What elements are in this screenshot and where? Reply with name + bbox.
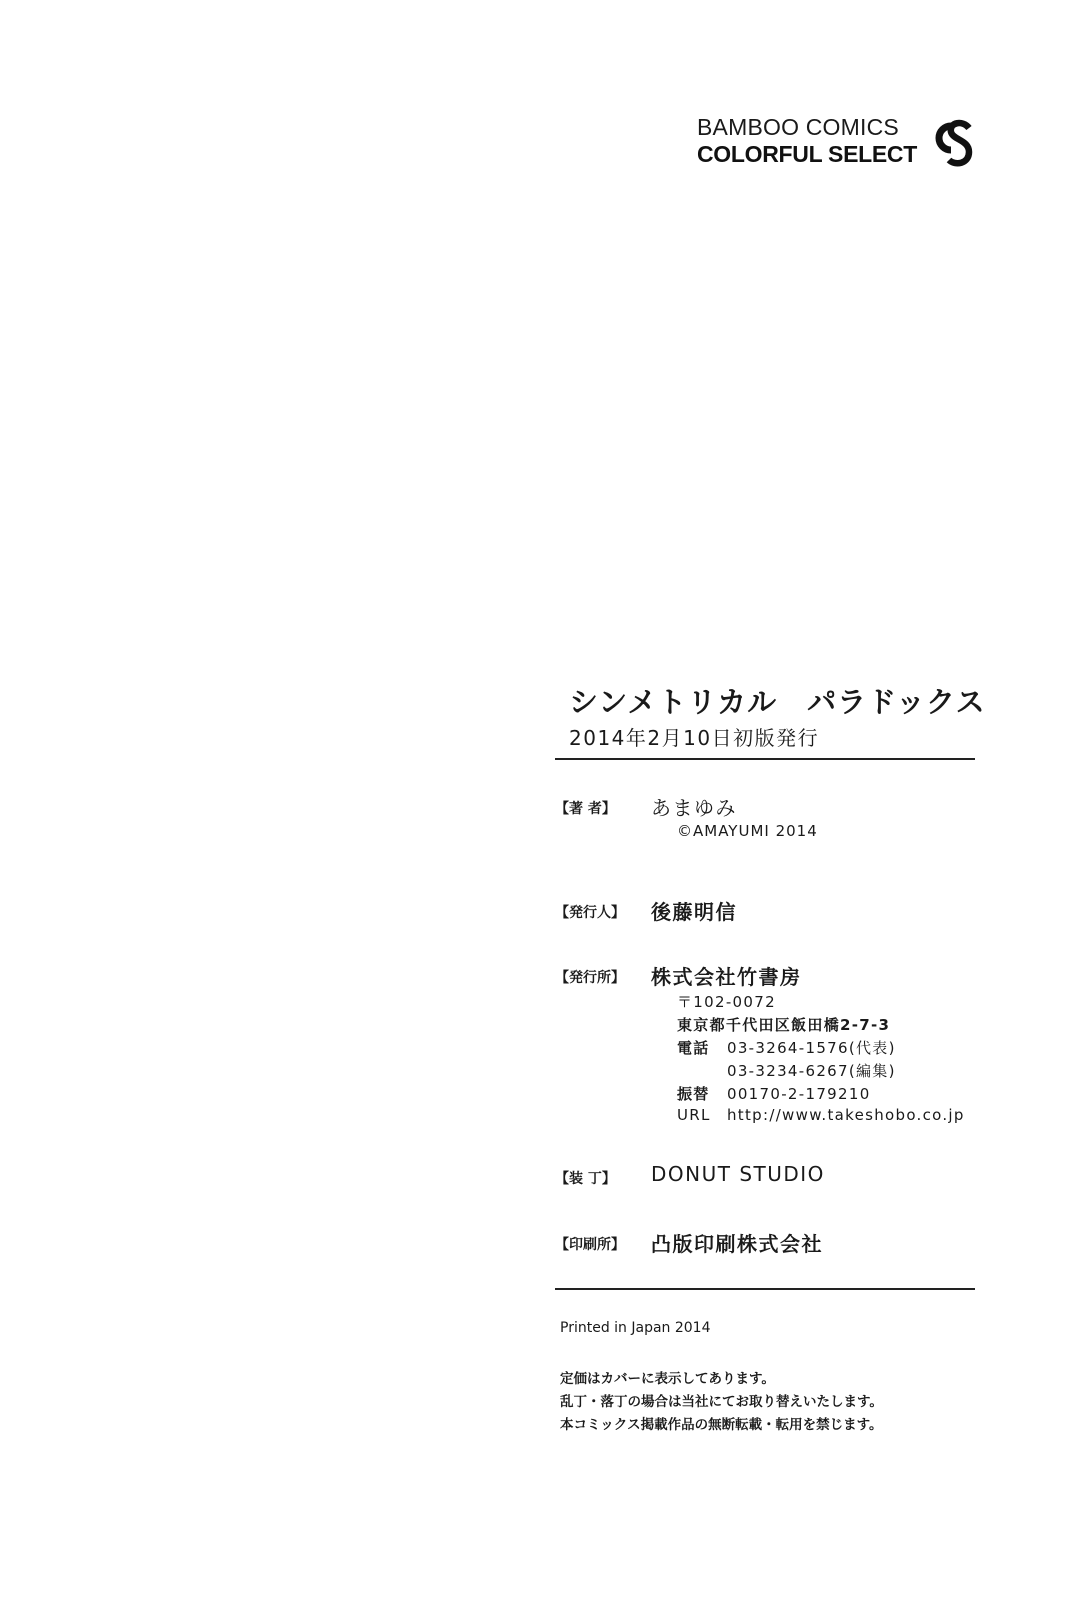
- divider-top: [555, 758, 975, 760]
- transfer-label: 振替: [677, 1083, 727, 1104]
- note-copyright: 本コミックス掲載作品の無断転載・転用を禁じます。: [560, 1413, 883, 1433]
- printer-label: 【印刷所】: [555, 1234, 625, 1254]
- publisher-address: 東京都千代田区飯田橋2-7-3: [677, 1014, 890, 1035]
- publisher-phone-row: 電話03-3264-1576(代表): [677, 1037, 896, 1058]
- printed-in-japan: Printed in Japan 2014: [560, 1320, 711, 1336]
- publisher-label: 【発行所】: [555, 967, 625, 987]
- author-copyright: ©AMAYUMI 2014: [677, 822, 818, 840]
- phone-edit: 03-3234-6267(編集): [727, 1062, 896, 1080]
- logo-line-bamboo-comics: BAMBOO COMICS: [697, 114, 899, 141]
- book-title: シンメトリカル パラドックス: [569, 680, 986, 721]
- phone-main: 03-3264-1576(代表): [727, 1039, 896, 1057]
- design-label: 【装 丁】: [555, 1168, 616, 1188]
- phone-label: 電話: [677, 1037, 727, 1058]
- cs-logo-mark-icon: [927, 116, 973, 168]
- logo-line-colorful-select: COLORFUL SELECT: [697, 141, 917, 168]
- publisher-postal-code: 〒102-0072: [677, 991, 776, 1012]
- url-label: URL: [677, 1106, 727, 1124]
- note-replacement: 乱丁・落丁の場合は当社にてお取り替えいたします。: [560, 1390, 883, 1410]
- publisher-name: 株式会社竹書房: [651, 961, 802, 990]
- publisher-phone-edit-row: 03-3234-6267(編集): [677, 1060, 896, 1081]
- publication-date: 2014年2月10日初版発行: [569, 722, 819, 751]
- divider-bottom: [555, 1288, 975, 1290]
- author-name: あまゆみ: [651, 792, 737, 821]
- issuer-name: 後藤明信: [651, 896, 737, 925]
- issuer-label: 【発行人】: [555, 902, 625, 922]
- design-studio: DONUT STUDIO: [651, 1162, 825, 1186]
- publisher-logo: BAMBOO COMICS COLORFUL SELECT: [697, 114, 977, 170]
- printer-name: 凸版印刷株式会社: [651, 1228, 823, 1257]
- note-price: 定価はカバーに表示してあります。: [560, 1367, 775, 1387]
- publisher-url[interactable]: http://www.takeshobo.co.jp: [727, 1106, 965, 1124]
- publisher-transfer-row: 振替00170-2-179210: [677, 1083, 871, 1104]
- transfer-account: 00170-2-179210: [727, 1085, 871, 1103]
- author-label: 【著 者】: [555, 798, 616, 818]
- publisher-url-row: URLhttp://www.takeshobo.co.jp: [677, 1106, 965, 1124]
